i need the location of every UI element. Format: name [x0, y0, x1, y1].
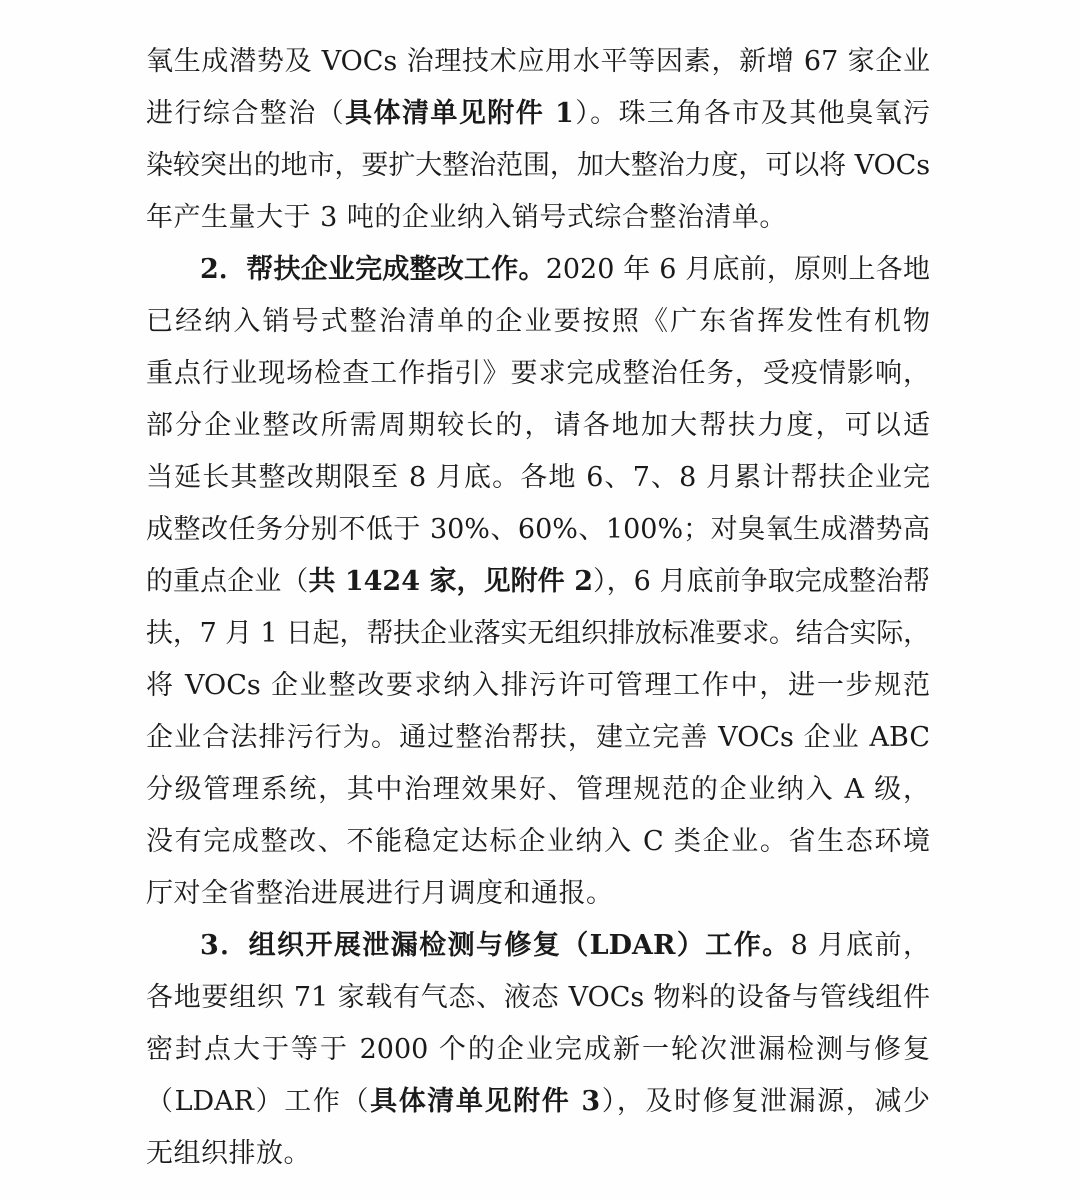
bold-reference: 具体清单见附件 1 [345, 98, 574, 129]
section-title: 2．帮扶企业完成整改工作。 [200, 254, 546, 285]
section-heading-3: 3．组织开展泄漏检测与修复（LDAR）工作。8 月底前， [200, 926, 930, 966]
text-line: 没有完成整改、不能稳定达标企业纳入 C 类企业。省生态环境 [146, 822, 930, 862]
text-line: 厅对全省整治进展进行月调度和通报。 [146, 874, 930, 914]
text-segment: 密封点大于等于 2000 个的企业完成新一轮次泄漏检测与修复 [146, 1034, 930, 1065]
text-line: （LDAR）工作（具体清单见附件 3），及时修复泄漏源，减少 [146, 1082, 930, 1122]
text-line: 重点行业现场检查工作指引》要求完成整治任务，受疫情影响， [146, 354, 930, 394]
text-line: 将 VOCs 企业整改要求纳入排污许可管理工作中，进一步规范 [146, 666, 930, 706]
text-line: 企业合法排污行为。通过整治帮扶，建立完善 VOCs 企业 ABC [146, 718, 930, 758]
text-line: 染较突出的地市，要扩大整治范围，加大整治力度，可以将 VOCs [146, 146, 930, 186]
bold-reference: 共 1424 家，见附件 2 [308, 566, 593, 597]
section-heading-2: 2．帮扶企业完成整改工作。2020 年 6 月底前，原则上各地 [200, 250, 930, 290]
text-segment: 厅对全省整治进展进行月调度和通报。 [146, 878, 614, 909]
text-line: 分级管理系统，其中治理效果好、管理规范的企业纳入 A 级， [146, 770, 930, 810]
text-segment: 无组织排放。 [146, 1138, 311, 1169]
text-line: 扶，7 月 1 日起，帮扶企业落实无组织排放标准要求。结合实际， [146, 614, 930, 654]
section-title: 3．组织开展泄漏检测与修复（LDAR）工作。 [200, 930, 791, 961]
bold-reference: 具体清单见附件 3 [370, 1086, 600, 1117]
text-segment: 8 月底前， [791, 930, 930, 961]
text-segment: 年产生量大于 3 吨的企业纳入销号式综合整治清单。 [146, 202, 787, 233]
text-segment: 氧生成潜势及 VOCs 治理技术应用水平等因素，新增 67 家企业 [146, 46, 930, 77]
text-segment: 没有完成整改、不能稳定达标企业纳入 C 类企业。省生态环境 [146, 826, 930, 857]
text-line: 成整改任务分别不低于 30%、60%、100%；对臭氧生成潜势高 [146, 510, 930, 550]
text-segment: 进行综合整治（ [146, 98, 345, 129]
text-segment: 染较突出的地市，要扩大整治范围，加大整治力度，可以将 VOCs [146, 150, 930, 181]
text-line: 无组织排放。 [146, 1134, 930, 1174]
text-segment: 各地要组织 71 家载有气态、液态 VOCs 物料的设备与管线组件 [146, 982, 930, 1013]
text-segment: 将 VOCs 企业整改要求纳入排污许可管理工作中，进一步规范 [146, 670, 930, 701]
text-segment: 分级管理系统，其中治理效果好、管理规范的企业纳入 A 级， [146, 774, 930, 805]
text-segment: 当延长其整改期限至 8 月底。各地 6、7、8 月累计帮扶企业完 [146, 462, 930, 493]
text-segment: 企业合法排污行为。通过整治帮扶，建立完善 VOCs 企业 ABC [146, 722, 930, 753]
text-segment: （LDAR）工作（ [146, 1086, 370, 1117]
text-segment: ）。珠三角各市及其他臭氧污 [574, 98, 930, 129]
text-segment: 成整改任务分别不低于 30%、60%、100%；对臭氧生成潜势高 [146, 514, 930, 545]
text-line: 已经纳入销号式整治清单的企业要按照《广东省挥发性有机物 [146, 302, 930, 342]
text-segment: 扶，7 月 1 日起，帮扶企业落实无组织排放标准要求。结合实际， [146, 618, 930, 649]
text-line: 当延长其整改期限至 8 月底。各地 6、7、8 月累计帮扶企业完 [146, 458, 930, 498]
text-segment: ），及时修复泄漏源，减少 [600, 1086, 930, 1117]
text-line: 进行综合整治（具体清单见附件 1）。珠三角各市及其他臭氧污 [146, 94, 930, 134]
text-segment: 重点行业现场检查工作指引》要求完成整治任务，受疫情影响， [146, 358, 930, 389]
text-line: 氧生成潜势及 VOCs 治理技术应用水平等因素，新增 67 家企业 [146, 42, 930, 82]
text-line: 各地要组织 71 家载有气态、液态 VOCs 物料的设备与管线组件 [146, 978, 930, 1018]
text-line: 年产生量大于 3 吨的企业纳入销号式综合整治清单。 [146, 198, 930, 238]
text-line: 的重点企业（共 1424 家，见附件 2），6 月底前争取完成整治帮 [146, 562, 930, 602]
text-segment: ），6 月底前争取完成整治帮 [593, 566, 930, 597]
text-line: 密封点大于等于 2000 个的企业完成新一轮次泄漏检测与修复 [146, 1030, 930, 1070]
text-line: 部分企业整改所需周期较长的，请各地加大帮扶力度，可以适 [146, 406, 930, 446]
text-segment: 已经纳入销号式整治清单的企业要按照《广东省挥发性有机物 [146, 306, 930, 337]
text-segment: 的重点企业（ [146, 566, 308, 597]
document-page: 氧生成潜势及 VOCs 治理技术应用水平等因素，新增 67 家企业 进行综合整治… [0, 0, 1080, 1200]
text-segment: 部分企业整改所需周期较长的，请各地加大帮扶力度，可以适 [146, 410, 930, 441]
text-segment: 2020 年 6 月底前，原则上各地 [546, 254, 930, 285]
